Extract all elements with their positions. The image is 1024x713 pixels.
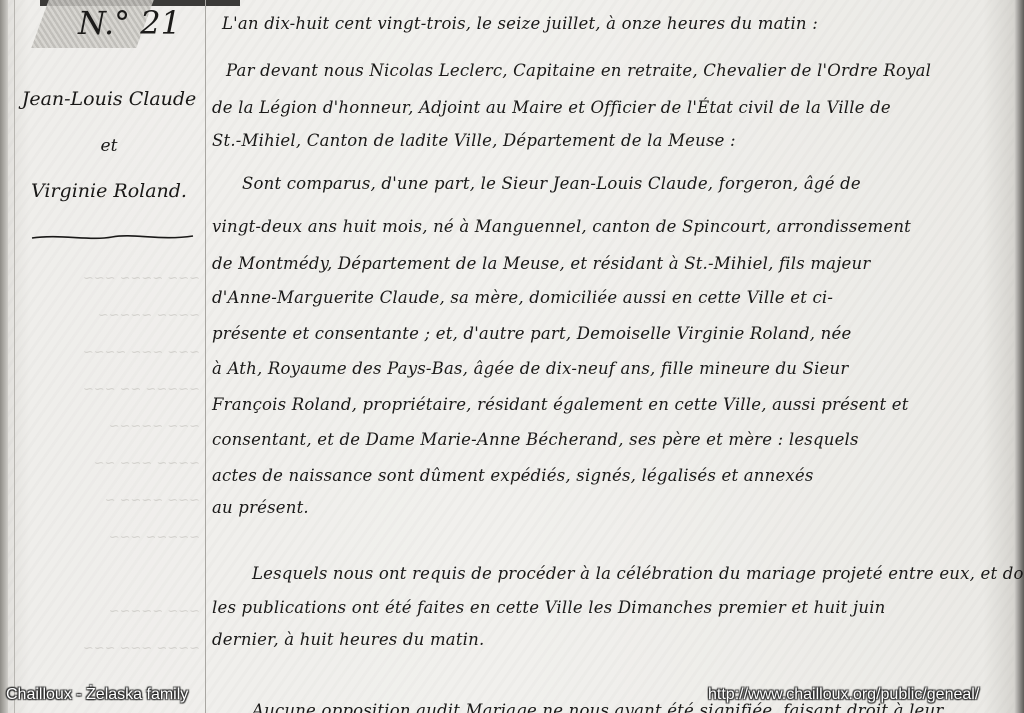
record-line: d'Anne-Marguerite Claude, sa mère, domic…	[212, 288, 833, 307]
record-line: consentant, et de Dame Marie-Anne Bécher…	[212, 430, 859, 449]
record-line: à Ath, Royaume des Pays-Bas, âgée de dix…	[212, 359, 848, 378]
page-binding-edge	[0, 0, 8, 713]
record-line: St.-Mihiel, Canton de ladite Ville, Dépa…	[212, 131, 736, 150]
record-line: au présent.	[212, 498, 309, 517]
record-line: de Montmédy, Département de la Meuse, et…	[212, 254, 870, 273]
act-number: N.° 21	[78, 4, 181, 42]
record-line: actes de naissance sont dûment expédiés,…	[212, 466, 814, 485]
watermark-url: http://www.chailloux.org/public/geneal/	[708, 686, 979, 704]
page-right-edge	[1014, 0, 1024, 713]
watermark-family-name: Chailloux - Żelaska family	[6, 686, 188, 704]
margin-rule	[205, 0, 206, 713]
flourish-underline	[30, 232, 195, 242]
margin-names: Jean-Louis Claude et Virginie Roland.	[14, 80, 204, 202]
record-line: de la Légion d'honneur, Adjoint au Maire…	[212, 98, 891, 117]
margin-groom-name: Jean-Louis Claude	[14, 88, 204, 110]
record-line: Sont comparus, d'une part, le Sieur Jean…	[242, 174, 861, 193]
register-page: ~~~ ~~~~ ~~~~~~~ ~~~~~~~~ ~~~ ~~~~~~~~~ …	[0, 0, 1024, 713]
record-line: Par devant nous Nicolas Leclerc, Capitai…	[226, 61, 931, 80]
margin-bride-name: Virginie Roland.	[14, 180, 204, 202]
record-line: dernier, à huit heures du matin.	[212, 630, 484, 649]
record-line: présente et consentante ; et, d'autre pa…	[212, 324, 851, 343]
record-line: L'an dix-huit cent vingt-trois, le seize…	[222, 14, 818, 33]
record-line: François Roland, propriétaire, résidant …	[212, 395, 909, 414]
record-line: vingt-deux ans huit mois, né à Manguenne…	[212, 217, 911, 236]
record-line: Lesquels nous ont requis de procéder à l…	[252, 564, 1024, 583]
record-line: les publications ont été faites en cette…	[212, 598, 886, 617]
margin-conjunction: et	[14, 136, 204, 156]
bleed-through-text: ~~~ ~~~~ ~~~~~~~ ~~~~~~~~ ~~~ ~~~~~~~~~ …	[20, 260, 200, 667]
